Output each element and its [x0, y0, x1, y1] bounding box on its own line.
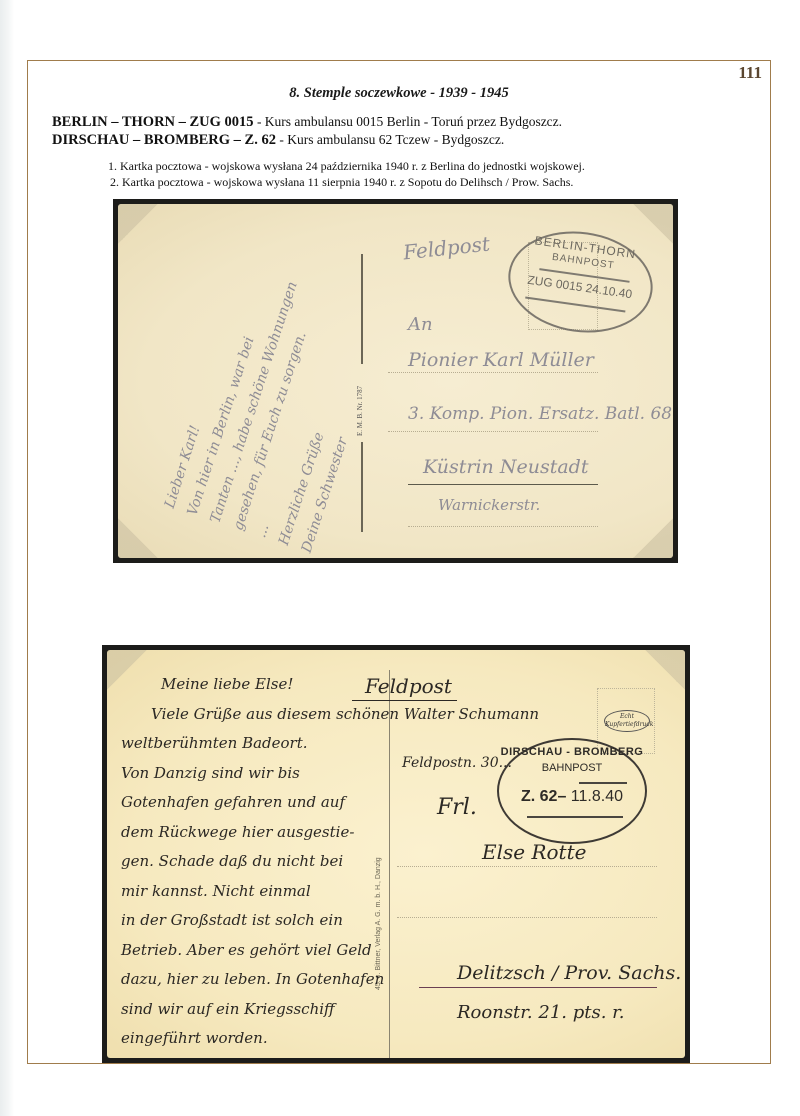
- message-line: Viele Grüße aus diesem schönen Walter Sc…: [121, 700, 539, 730]
- postcard-1-mount: Lieber Karl! Von hier in Berlin, war bei…: [113, 199, 678, 563]
- address-line-1: An: [408, 314, 433, 335]
- publisher-imprint: E. M. B. Nr. 1787: [356, 386, 364, 436]
- address-line-2: Pionier Karl Müller: [408, 349, 594, 371]
- message-line: Meine liebe Else!: [121, 670, 539, 700]
- message-line: Betrieb. Aber es gehört viel Geld: [121, 936, 539, 966]
- service-mark-feldpost: Feldpost: [365, 674, 452, 698]
- service-mark-feldpost: Feldpost: [402, 232, 491, 265]
- address-line: [388, 431, 598, 432]
- cancel-dirschau-bromberg: DIRSCHAU - BROMBERG BAHNPOST Z. 62– 11.8…: [497, 738, 647, 844]
- print-mark-line: Echt: [605, 713, 649, 721]
- message-ink: Meine liebe Else! Viele Grüße aus diesem…: [121, 670, 539, 1058]
- address-line-4: Roonstr. 21. pts. r.: [457, 1002, 625, 1023]
- message-line: dem Rückwege hier ausgestie-: [121, 818, 539, 848]
- postcard-2-mount: 45. n. Bittner, Verlag A. G. m. b. H., D…: [102, 645, 690, 1063]
- message-line: mir kannst. Nicht einmal: [121, 877, 539, 907]
- cancel-train: ZUG 0015: [527, 273, 584, 295]
- message-line: gen. Schade daß du nicht bei: [121, 847, 539, 877]
- route-code: BERLIN – THORN – ZUG 0015: [52, 114, 254, 130]
- photo-corner: [118, 518, 158, 558]
- photo-corner: [633, 518, 673, 558]
- feldpost-underline: [352, 700, 457, 701]
- address-line-1: Frl.: [437, 795, 477, 820]
- route-description: - Kurs ambulansu 0015 Berlin - Toruń prz…: [254, 114, 562, 129]
- cancel-date-row: Z. 62– 11.8.40: [499, 788, 645, 806]
- cancel-date: 24.10.40: [585, 281, 633, 301]
- caption-card-2: 2. Kartka pocztowa - wojskowa wysłana 11…: [110, 175, 770, 190]
- print-mark-kupfertiefdruck: Echt Kupfertiefdruck: [604, 710, 650, 732]
- photo-corner: [118, 204, 158, 244]
- address-line-3: 3. Komp. Pion. Ersatz. Batl. 68: [408, 404, 672, 424]
- address-line-5: Warnickerstr.: [438, 496, 540, 514]
- page-number: 111: [738, 63, 762, 83]
- route-berlin-thorn: BERLIN – THORN – ZUG 0015 - Kurs ambulan…: [52, 114, 562, 131]
- print-mark-line: Kupfertiefdruck: [605, 721, 649, 729]
- cancel-bar: [527, 816, 623, 818]
- sender-field-post-number: Feldpostn. 30...: [402, 755, 512, 771]
- route-code: DIRSCHAU – BROMBERG – Z. 62: [52, 132, 276, 148]
- address-line: [408, 526, 598, 527]
- address-line-3: Delitzsch / Prov. Sachs.: [457, 962, 681, 984]
- cancel-date: 11.8.40: [571, 788, 623, 805]
- scan-edge: [0, 0, 14, 1116]
- cancel-top-text: DIRSCHAU - BROMBERG: [499, 746, 645, 758]
- section-title: 8. Stemple soczewkowe - 1939 - 1945: [28, 85, 770, 102]
- route-description: - Kurs ambulansu 62 Tczew - Bydgoszcz.: [276, 132, 504, 147]
- cancel-train: Z. 62: [521, 788, 557, 805]
- cancel-middle-text: BAHNPOST: [499, 762, 645, 774]
- message-line: eingeführt worden.: [121, 1024, 539, 1054]
- card-divider: [361, 254, 363, 364]
- photo-corner: [633, 204, 673, 244]
- postcard-2: 45. n. Bittner, Verlag A. G. m. b. H., D…: [107, 650, 685, 1058]
- address-line: [388, 372, 598, 373]
- address-line: [408, 484, 598, 485]
- cancel-bar: [525, 296, 625, 312]
- photo-corner: [645, 650, 685, 690]
- card-divider: [361, 442, 363, 532]
- caption-card-1: 1. Kartka pocztowa - wojskowa wysłana 24…: [108, 159, 770, 174]
- cancel-bar: [579, 782, 627, 784]
- route-dirschau-bromberg: DIRSCHAU – BROMBERG – Z. 62 - Kurs ambul…: [52, 132, 504, 149]
- address-line-4: Küstrin Neustadt: [423, 456, 588, 478]
- postcard-1: Lieber Karl! Von hier in Berlin, war bei…: [118, 204, 673, 558]
- message-line: Viele Grüße u. Küsse d. Walter: [121, 1054, 539, 1059]
- message-line: in der Großstadt ist solch ein: [121, 906, 539, 936]
